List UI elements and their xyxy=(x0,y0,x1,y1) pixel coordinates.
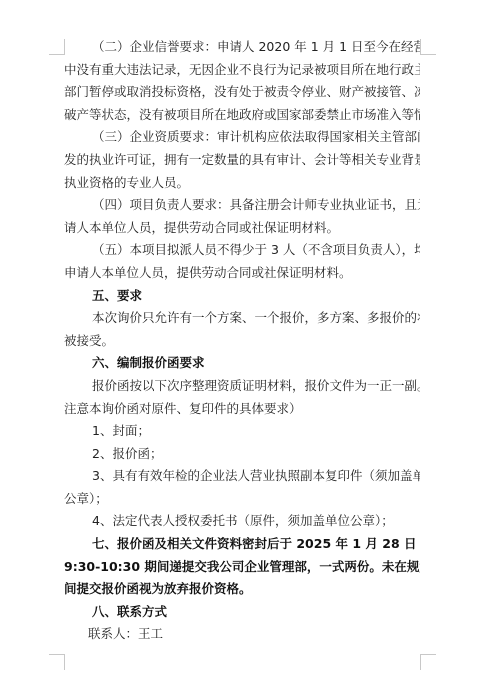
body-text-line: （五）本项目拟派人员不得少于 3 人（不含项目负责人），均为 xyxy=(64,239,420,262)
document-page: （二）企业信誉要求：申请人 2020 年 1 月 1 日至今在经营活动中没有重大… xyxy=(64,36,420,646)
body-text-line: 执业资格的专业人员。 xyxy=(64,172,420,195)
body-text-line: 被接受。 xyxy=(64,330,420,353)
body-text-line: 4、法定代表人授权委托书（原件，须加盖单位公章）； xyxy=(64,510,420,533)
section-heading-line: 六、编制报价函要求 xyxy=(64,352,420,375)
body-text-line: 报价函按以下次序整理资质证明材料，报价文件为一正一副。（请 xyxy=(64,375,420,398)
body-text-line: （二）企业信誉要求：申请人 2020 年 1 月 1 日至今在经营活动 xyxy=(64,36,420,59)
body-text-line: （三）企业资质要求：审计机构应依法取得国家相关主管部门颁 xyxy=(64,126,420,149)
body-text-line: 部门暂停或取消投标资格，没有处于被责令停业、财产被接管、冻结、 xyxy=(64,81,420,104)
body-text-line: 联系人：王工 xyxy=(64,623,420,646)
body-text-line: 中没有重大违法记录，无因企业不良行为记录被项目所在地行政主管 xyxy=(64,59,420,82)
body-text-line: 申请人本单位人员，提供劳动合同或社保证明材料。 xyxy=(64,262,420,285)
section-heading-line: 七、报价函及相关文件资料密封后于 2025 年 1 月 28 日 上午 xyxy=(64,533,420,556)
page-corner-mark-bottom-left xyxy=(49,654,65,670)
body-text-line: 本次询价只允许有一个方案、一个报价，多方案、多报价的将不 xyxy=(64,307,420,330)
body-text-line: 发的执业许可证，拥有一定数量的具有审计、会计等相关专业背景和 xyxy=(64,149,420,172)
body-text-line: 3、具有有效年检的企业法人营业执照副本复印件（须加盖单位 xyxy=(64,465,420,488)
section-heading-line: 五、要求 xyxy=(64,285,420,308)
page-corner-mark-top-right xyxy=(420,39,436,55)
section-heading-line: 9:30-10:30 期间递提交我公司企业管理部，一式两份。未在规定时 xyxy=(64,556,420,579)
body-text-line: 请人本单位人员，提供劳动合同或社保证明材料。 xyxy=(64,217,420,240)
section-heading-line: 八、联系方式 xyxy=(64,601,420,624)
section-heading-line: 间提交报价函视为放弃报价资格。 xyxy=(64,578,420,601)
body-text-line: 破产等状态，没有被项目所在地政府或国家部委禁止市场准入等情形。 xyxy=(64,104,420,127)
body-text-line: 注意本询价函对原件、复印件的具体要求） xyxy=(64,398,420,421)
body-text-line: 1、封面； xyxy=(64,420,420,443)
body-text-line: （四）项目负责人要求：具备注册会计师专业执业证书，且为申 xyxy=(64,194,420,217)
page-corner-mark-top-left xyxy=(49,39,65,55)
body-text-line: 2、报价函； xyxy=(64,443,420,466)
body-text-line: 公章）； xyxy=(64,488,420,511)
page-corner-mark-bottom-right xyxy=(420,654,436,670)
